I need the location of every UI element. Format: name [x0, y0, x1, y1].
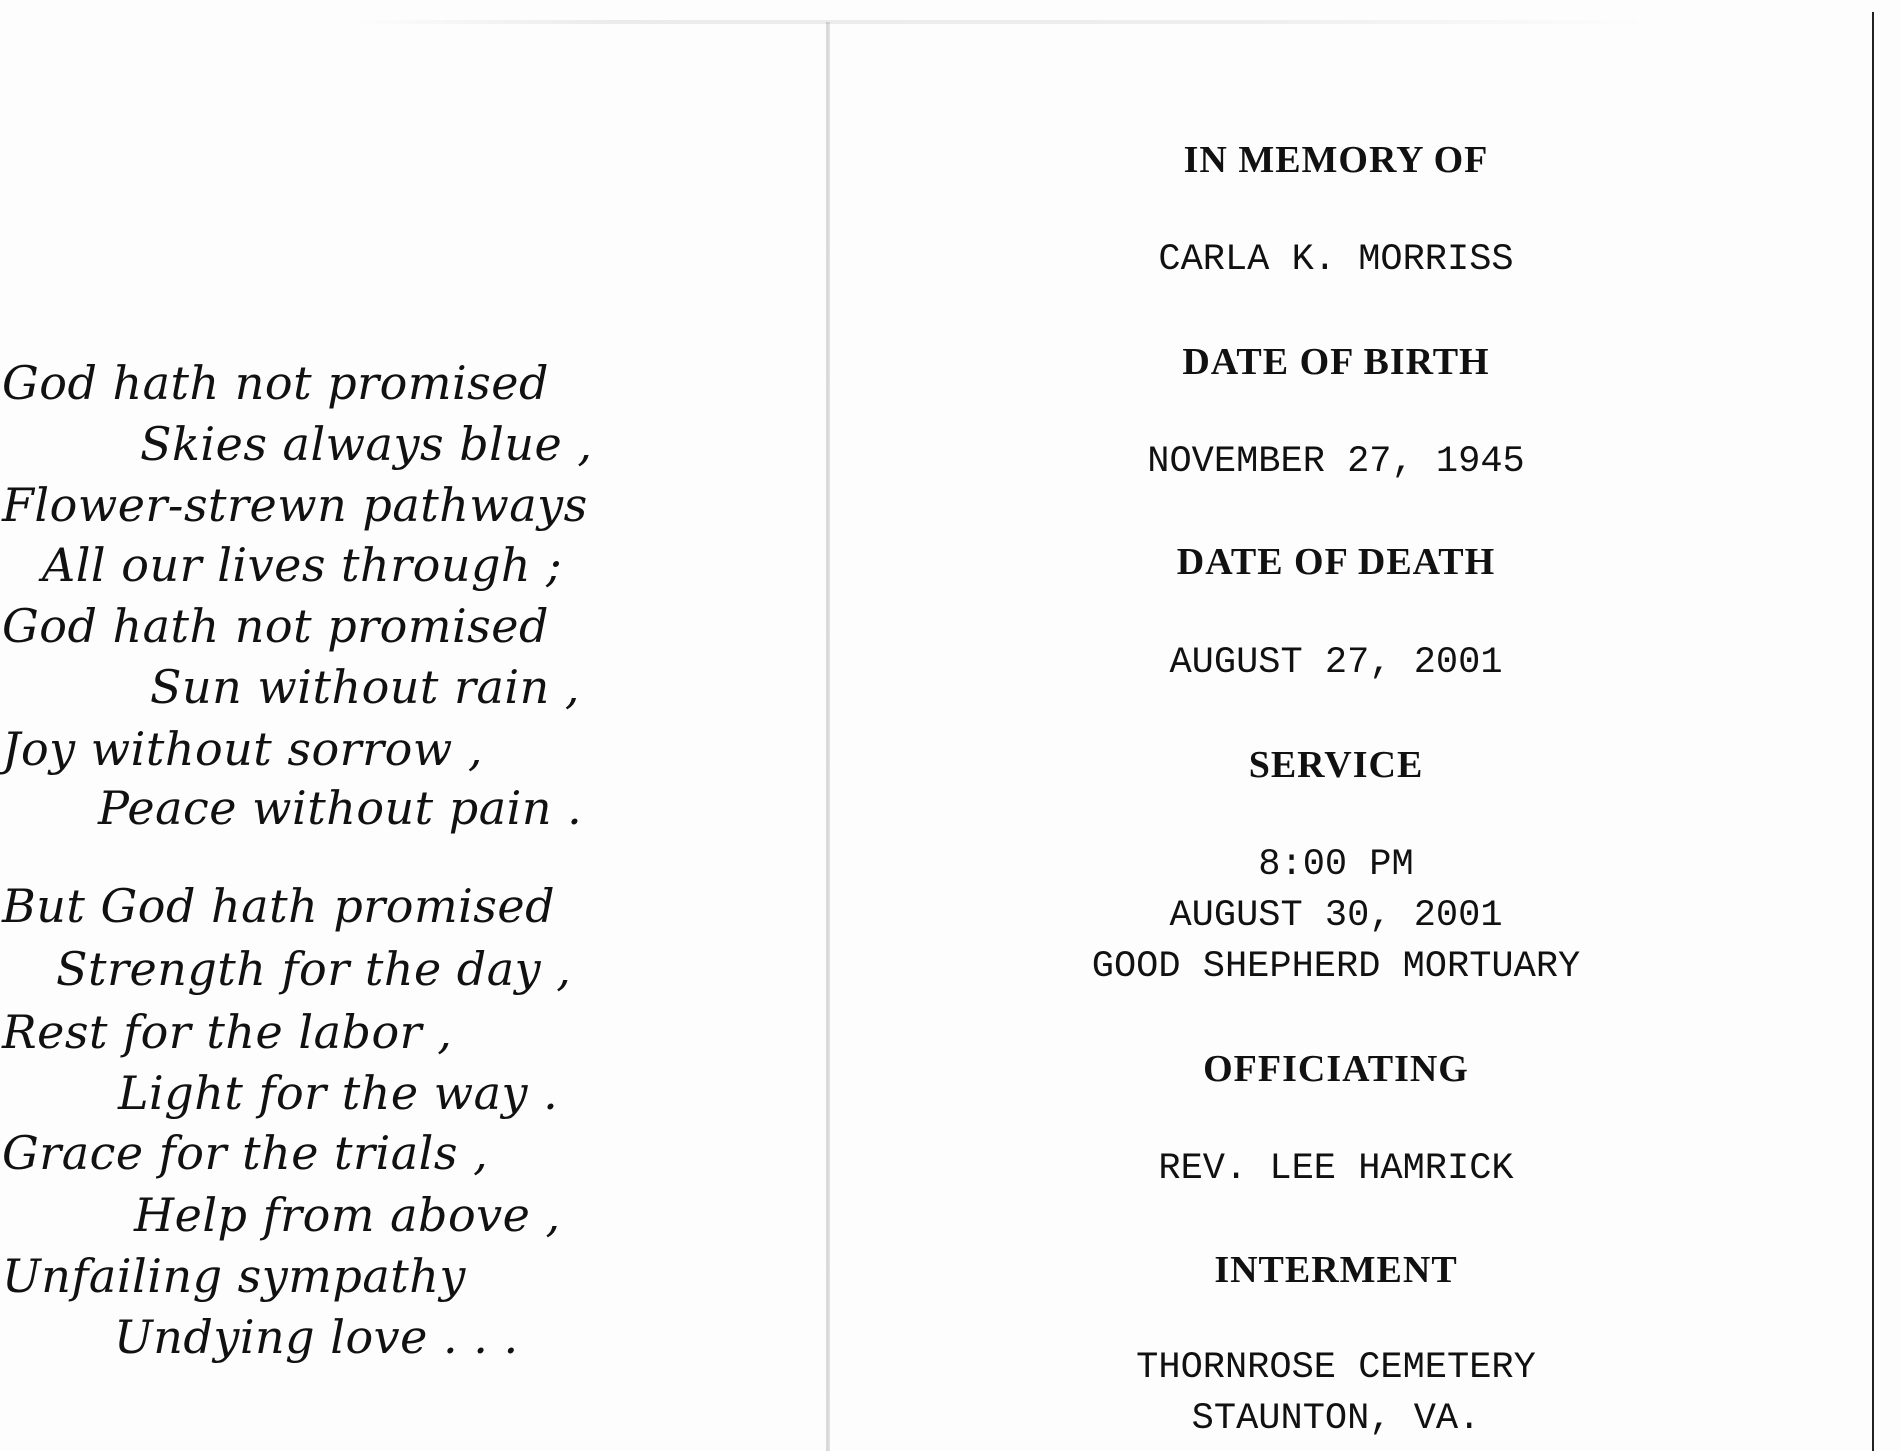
poem-line: Skies always blue , [140, 421, 592, 467]
officiating-heading: OFFICIATING [1036, 1050, 1636, 1088]
poem-line: Light for the way . [118, 1070, 558, 1116]
officiant-name: REV. LEE HAMRICK [1036, 1151, 1636, 1188]
deceased-name: CARLA K. MORRISS [1036, 242, 1636, 279]
birth-heading: DATE OF BIRTH [1036, 343, 1636, 381]
service-time: 8:00 PM [1036, 847, 1636, 884]
memorial-card-scan: God hath not promised Skies always blue … [0, 0, 1901, 1451]
service-heading: SERVICE [1036, 746, 1636, 784]
poem-line: Flower-strewn pathways [2, 482, 588, 528]
interment-heading: INTERMENT [1036, 1251, 1636, 1289]
service-location: GOOD SHEPHERD MORTUARY [1036, 949, 1636, 986]
poem-line: Strength for the day , [56, 946, 571, 992]
card-fold-crease [826, 22, 830, 1451]
paper-right-edge [1872, 12, 1874, 1451]
death-heading: DATE OF DEATH [1036, 543, 1636, 581]
service-date: AUGUST 30, 2001 [1036, 898, 1636, 935]
poem-line: Peace without pain . [98, 785, 582, 831]
poem-line: But God hath promised [2, 883, 555, 929]
in-memory-heading: IN MEMORY OF [1036, 141, 1636, 179]
poem-line: Undying love . . . [114, 1314, 519, 1360]
interment-place: THORNROSE CEMETERY [1036, 1350, 1636, 1387]
poem-line: God hath not promised [2, 360, 549, 406]
poem-line: Grace for the trials , [2, 1130, 488, 1176]
poem-line: Help from above , [134, 1192, 561, 1238]
paper-top-edge [350, 20, 1650, 24]
poem-line: God hath not promised [2, 603, 549, 649]
poem-line: Sun without rain , [150, 664, 580, 710]
poem-line: Rest for the labor , [2, 1009, 452, 1055]
poem-line: Joy without sorrow , [2, 726, 483, 772]
poem-line: All our lives through ; [42, 542, 562, 588]
interment-city: STAUNTON, VA. [1036, 1401, 1636, 1438]
birth-date: NOVEMBER 27, 1945 [1036, 444, 1636, 481]
death-date: AUGUST 27, 2001 [1036, 645, 1636, 682]
poem-line: Unfailing sympathy [2, 1253, 466, 1299]
